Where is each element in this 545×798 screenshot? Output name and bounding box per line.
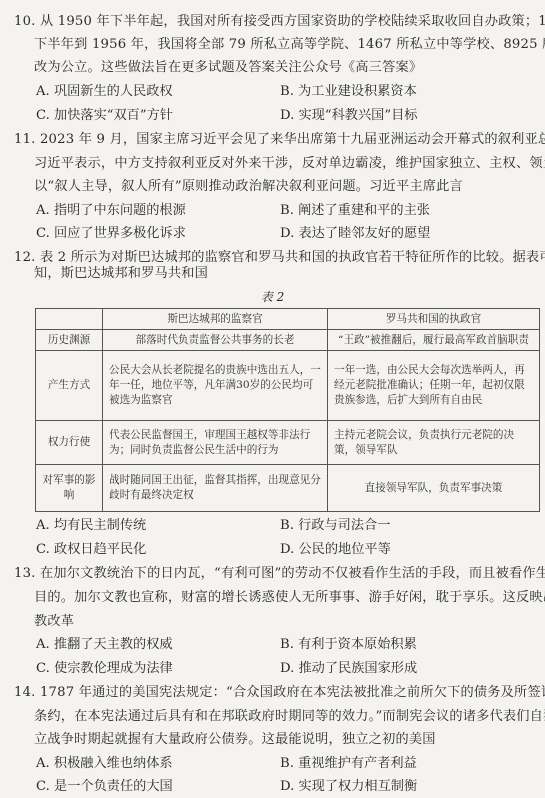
table-header-cell: 罗马共和国的执政官	[328, 309, 540, 330]
q14-stem-line: 14. 1787 年通过的美国宪法规定：“合众国政府在本宪法被批准之前所欠下的债…	[14, 681, 545, 700]
rome-cell: 一年一选，由公民大会每次选举两人，再经元老院批准确认；任期一年，起初仅限贵族参选…	[328, 351, 540, 421]
q12-option-d: D. 公民的地位平等	[280, 538, 391, 557]
q10-stem-line: 10. 从 1950 年下半年起，我国对所有接受西方国家资助的学校陆续采取收回自…	[14, 10, 545, 29]
table-row: 权力行使 代表公民监督国王，审理国王越权等非法行为；同时负责监督公民生活中的行为…	[36, 421, 540, 465]
q11-option-b: B. 阐述了重建和平的主张	[280, 199, 430, 218]
table-row: 历史渊源 部落时代负责监督公共事务的长老 “王政”被推翻后，履行最高军政首脑职责	[36, 330, 540, 351]
table-row: 对军事的影响 战时随同国王出征，监督其指挥，出现意见分歧时有最终决定权 直接领导…	[36, 465, 540, 512]
sparta-cell: 公民大会从长老院提名的贵族中选出五人，一年一任，地位平等，凡年满30岁的公民均可…	[103, 351, 328, 421]
q14-option-b: B. 重视维护有产者利益	[280, 752, 417, 771]
q13-stem-line: 13. 在加尔文教统治下的日内瓦，“有利可图”的劳动不仅被看作生活的手段，而且被…	[14, 562, 545, 581]
rome-cell: “王政”被推翻后，履行最高军政首脑职责	[328, 330, 540, 351]
q10-stem-line: 下半年到 1956 年，我国将全部 79 所私立高等学院、1467 所私立中等学…	[34, 33, 545, 52]
row-label: 产生方式	[36, 351, 103, 421]
sparta-cell: 部落时代负责监督公共事务的长老	[103, 330, 328, 351]
q12-option-a: A. 均有民主制传统	[36, 514, 146, 533]
q12-option-b: B. 行政与司法合一	[280, 514, 390, 533]
table-row: 产生方式 公民大会从长老院提名的贵族中选出五人，一年一任，地位平等，凡年满30岁…	[36, 351, 540, 421]
q14-option-c: C. 是一个负责任的大国	[36, 775, 173, 794]
comparison-table: 斯巴达城邦的监察官 罗马共和国的执政官 历史渊源 部落时代负责监督公共事务的长老…	[35, 308, 540, 512]
q14-stem-line: 立战争时期起就握有大量政府公债券。这最能说明，独立之初的美国	[34, 728, 436, 747]
row-label: 历史渊源	[36, 330, 103, 351]
q10-option-a: A. 巩固新生的人民政权	[36, 80, 173, 99]
sparta-cell: 代表公民监督国王，审理国王越权等非法行为；同时负责监督公民生活中的行为	[103, 421, 328, 465]
table-header-row: 斯巴达城邦的监察官 罗马共和国的执政官	[36, 309, 540, 330]
q10-option-b: B. 为工业建设积累资本	[280, 80, 417, 99]
q11-stem-line: 以“叙人主导，叙人所有”原则推动政治解决叙利亚问题。习近平主席此言	[34, 175, 463, 194]
q14-stem-line: 条约，在本宪法通过后具有和在邦联政府时期同等的效力。”而制宪会议的诸多代表们自独	[34, 705, 545, 724]
q10-option-d: D. 实现“科教兴国”目标	[280, 104, 417, 123]
q13-option-d: D. 推动了民族国家形成	[280, 657, 417, 676]
q12-option-c: C. 政权日趋平民化	[36, 538, 146, 557]
table-header-cell: 斯巴达城邦的监察官	[103, 309, 328, 330]
q13-option-c: C. 使宗教伦理成为法律	[36, 657, 173, 676]
table-header-cell	[36, 309, 103, 330]
q11-option-a: A. 指明了中东问题的根源	[36, 199, 186, 218]
q11-stem-line: 习近平表示，中方支持叙利亚反对外来干涉，反对单边霸凌，维护国家独立、主权、领土完…	[34, 152, 545, 171]
q10-stem-line: 改为公立。这些做法旨在更多试题及答案关注公众号《高三答案》	[34, 56, 422, 75]
q11-stem-line: 11. 2023 年 9 月，国家主席习近平会见了来华出席第十九届亚洲运动会开幕…	[14, 128, 545, 147]
q11-option-d: D. 表达了睦邻友好的愿望	[280, 222, 430, 241]
q14-option-d: D. 实现了权力相互制衡	[280, 775, 417, 794]
rome-cell: 直接领导军队，负责军事决策	[328, 465, 540, 512]
q11-option-c: C. 回应了世界多极化诉求	[36, 222, 186, 241]
table-caption: 表 2	[0, 288, 545, 305]
q13-option-b: B. 有利于资本原始积累	[280, 633, 417, 652]
rome-cell: 主持元老院会议，负责执行元老院的决策，领导军队	[328, 421, 540, 465]
q13-stem-line: 教改革	[34, 610, 74, 629]
sparta-cell: 战时随同国王出征，监督其指挥，出现意见分歧时有最终决定权	[103, 465, 328, 512]
q13-stem-line: 目的。加尔文教也宣称，财富的增长诱惑使人无所事事、游手好闲，耽于享乐。这反映出宗	[34, 586, 545, 605]
q12-stem-line: 知，斯巴达城邦和罗马共和国	[34, 262, 208, 281]
q10-option-c: C. 加快落实“双百”方针	[36, 104, 173, 123]
q13-option-a: A. 推翻了天主教的权威	[36, 633, 173, 652]
row-label: 权力行使	[36, 421, 103, 465]
q14-option-a: A. 积极融入维也纳体系	[36, 752, 173, 771]
row-label: 对军事的影响	[36, 465, 103, 512]
